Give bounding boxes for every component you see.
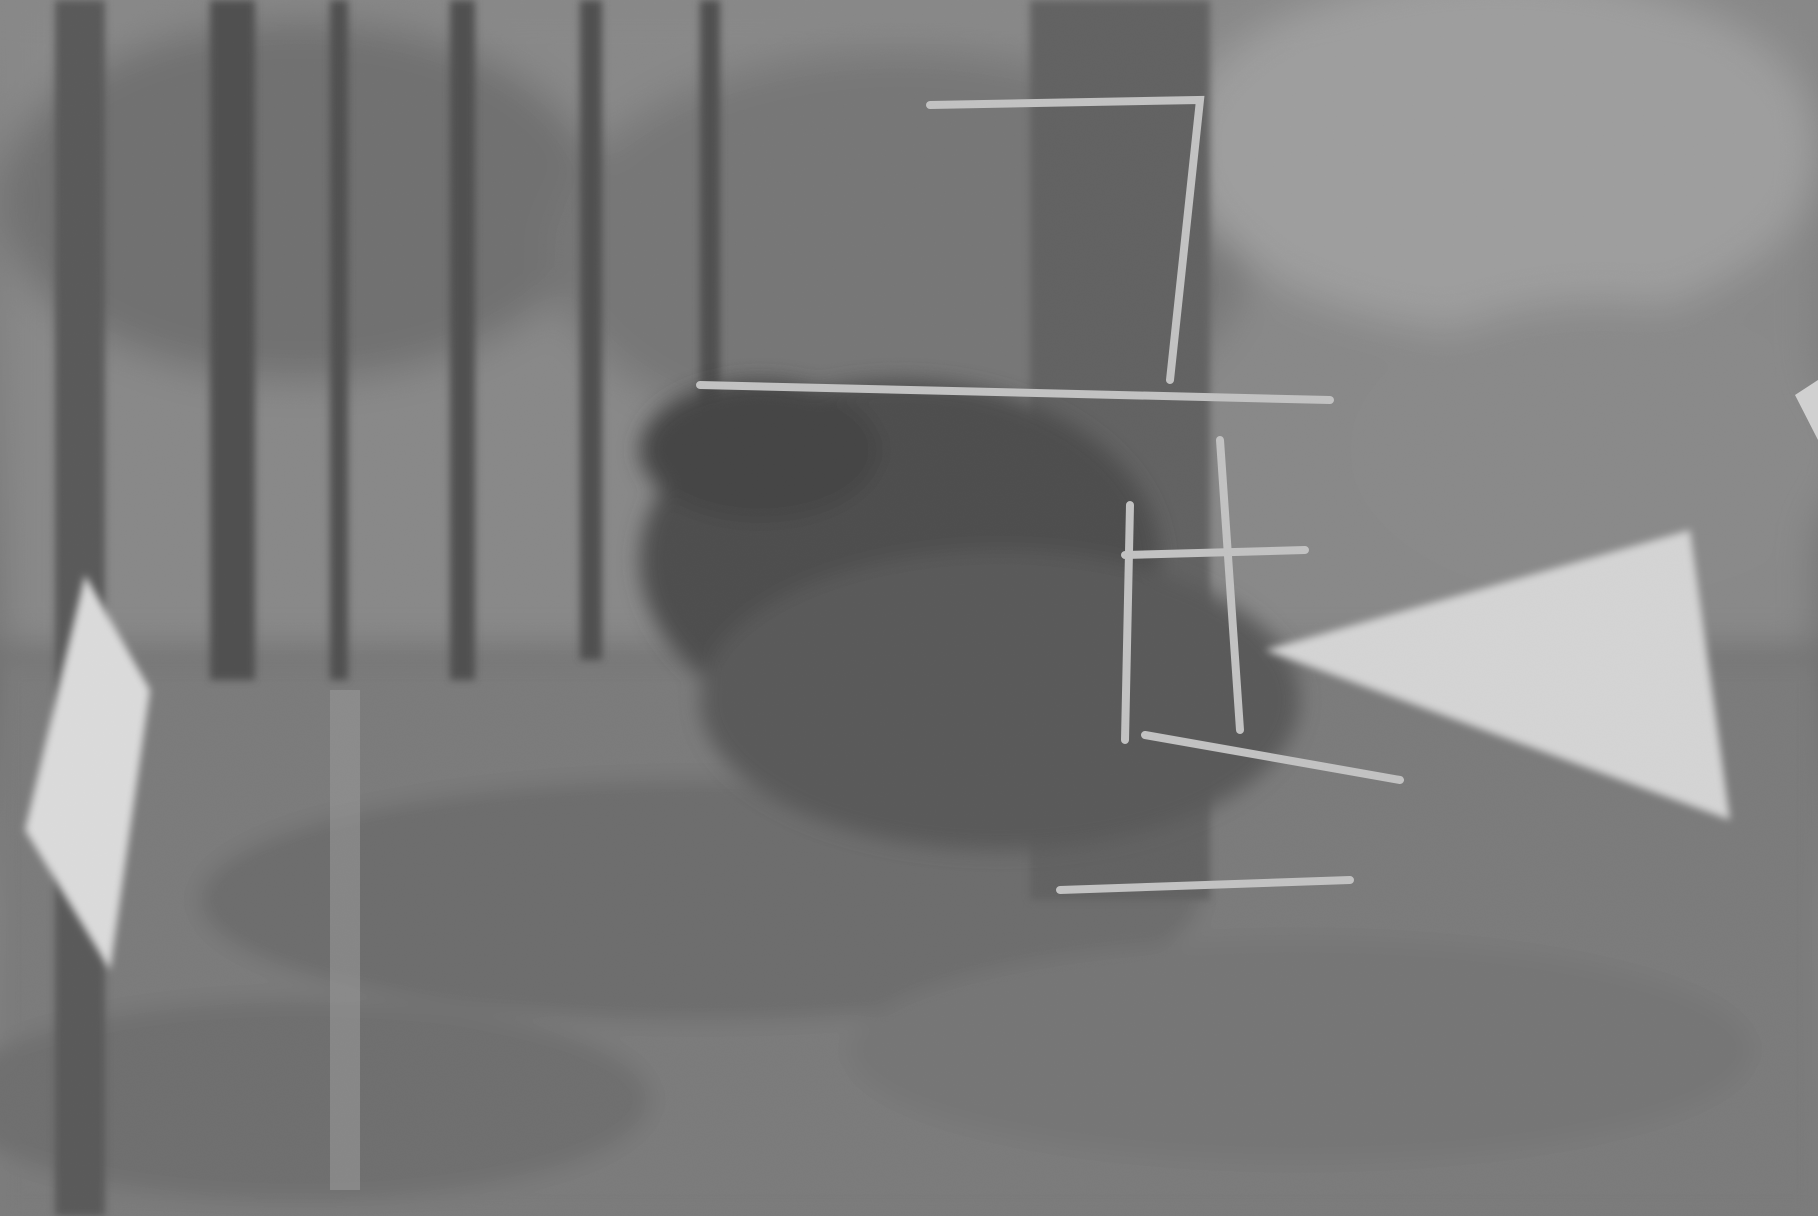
- film-grain: [0, 0, 1818, 1216]
- photograph: Black and white film photograph, double …: [0, 0, 1818, 1216]
- photo-scene: [0, 0, 1818, 1216]
